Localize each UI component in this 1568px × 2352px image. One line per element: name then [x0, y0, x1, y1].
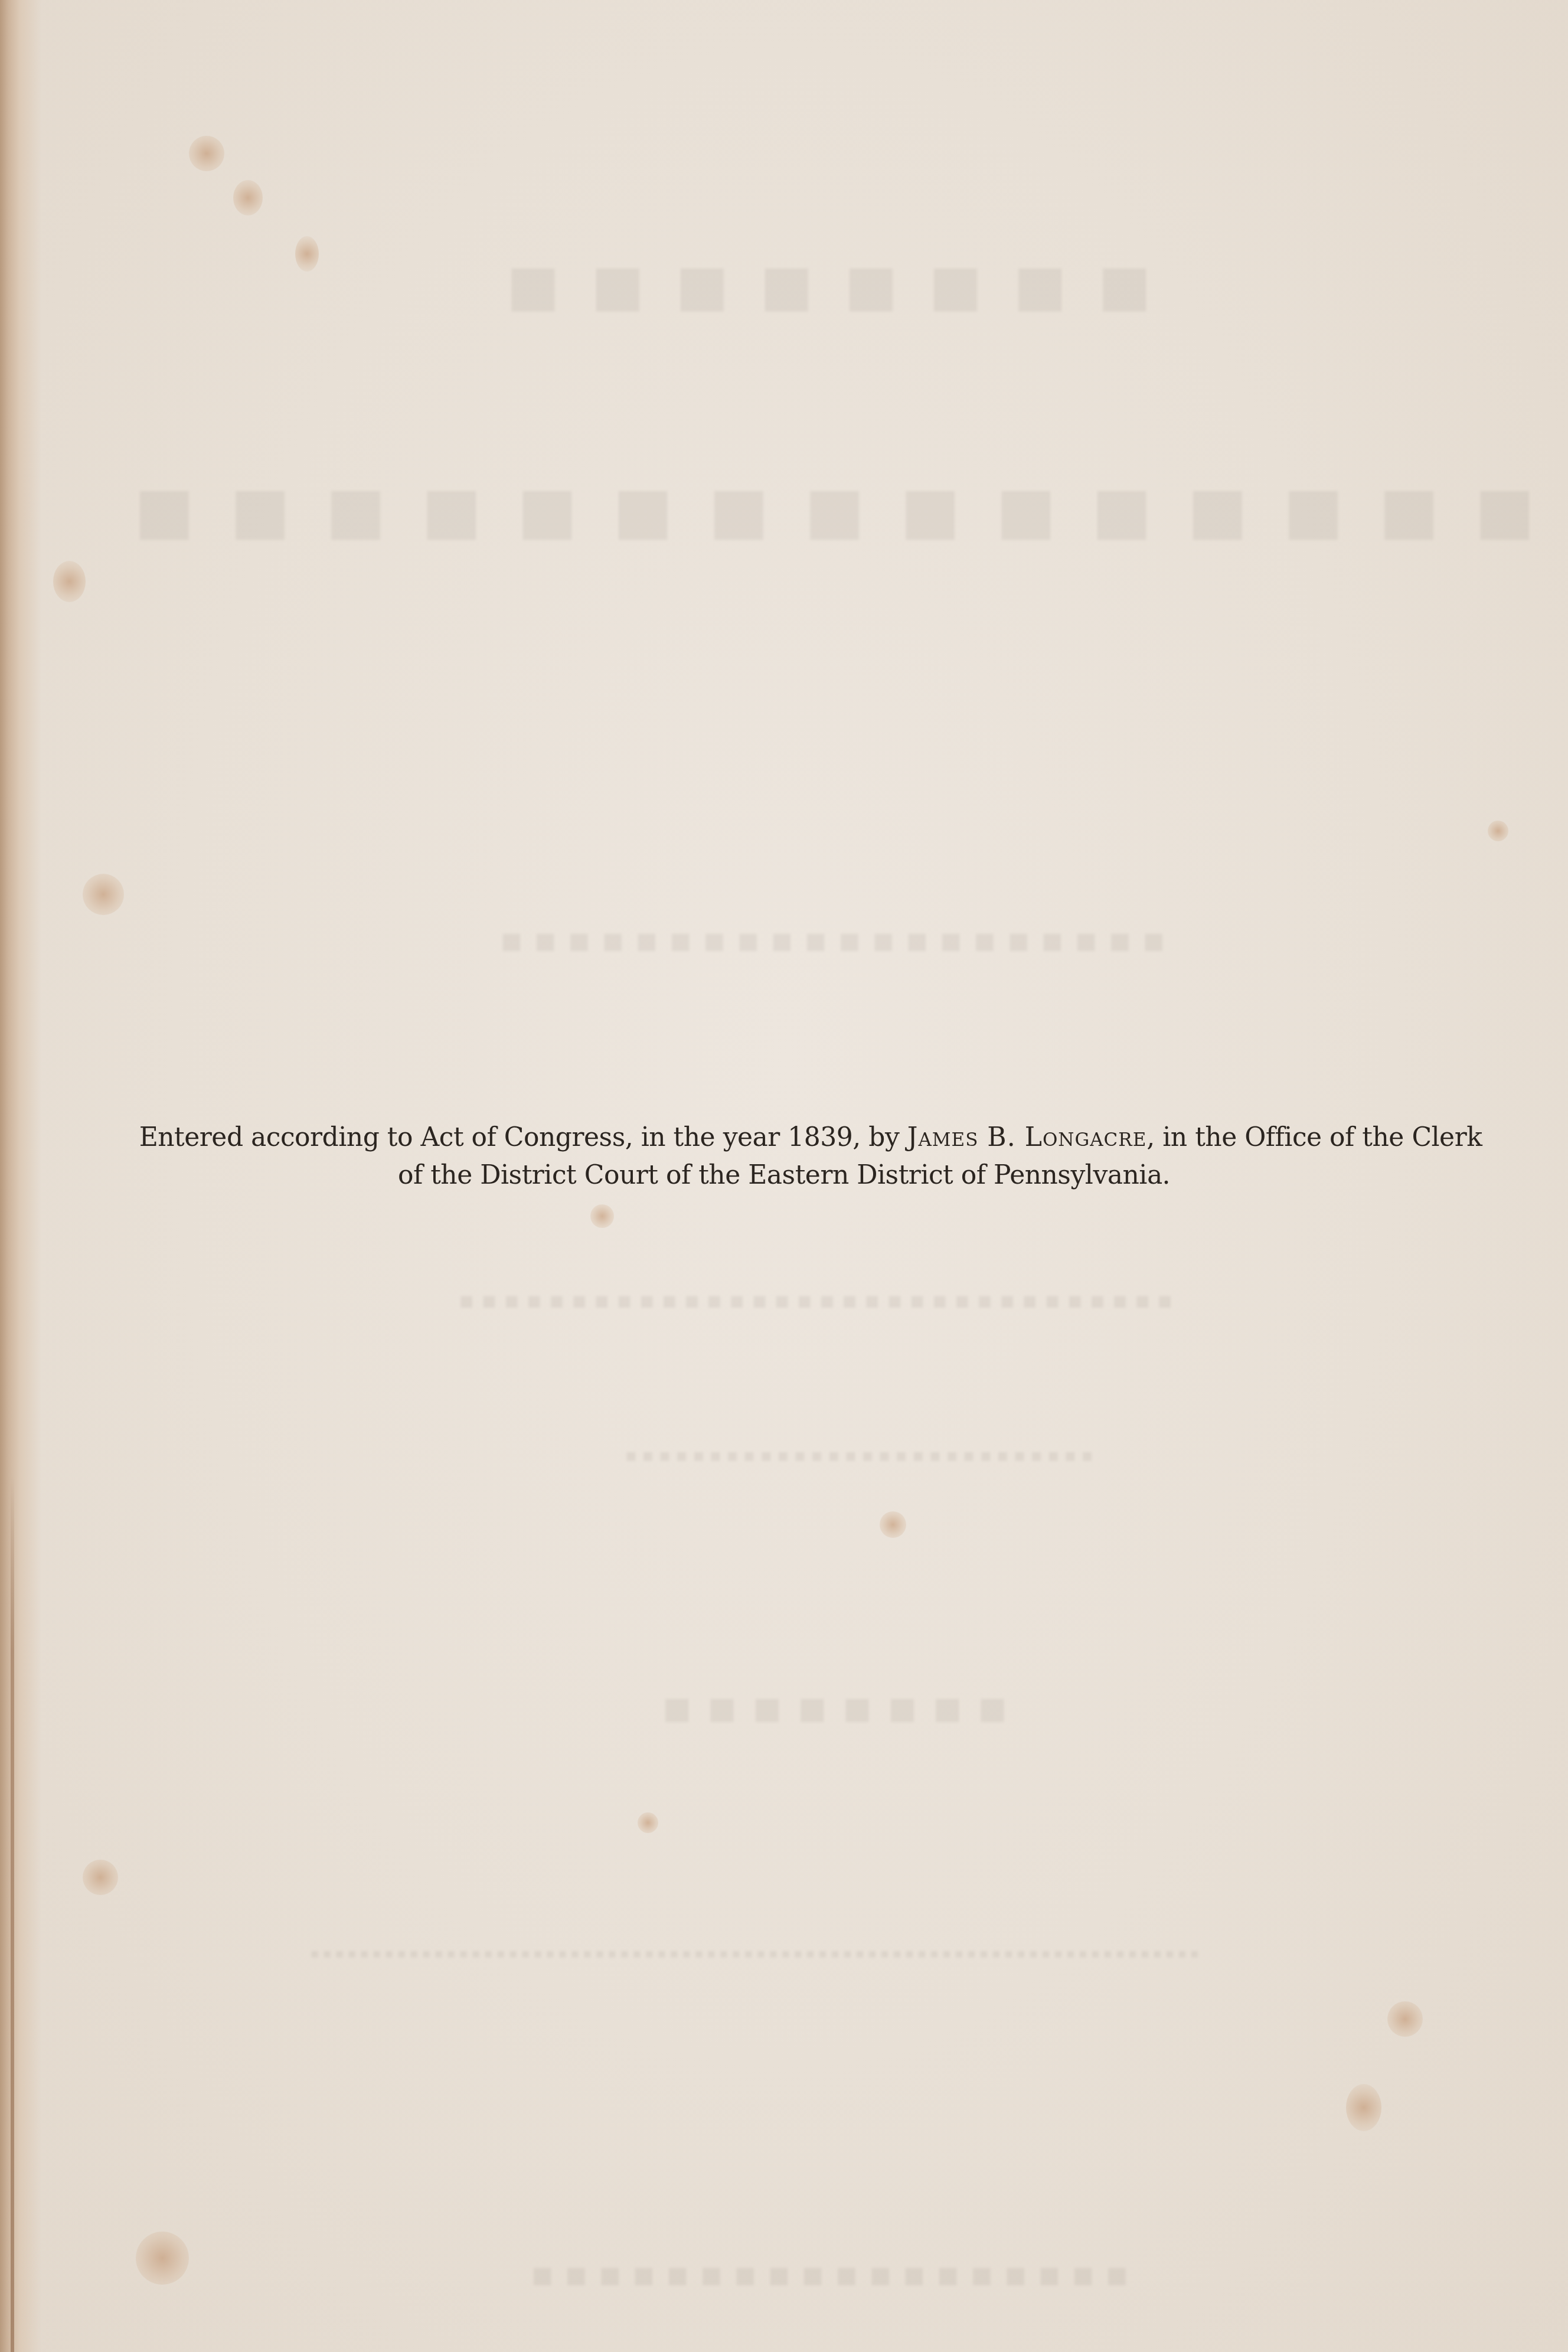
foxing-spot	[189, 136, 224, 171]
foxing-spot	[1387, 2001, 1423, 2037]
show-through-ghost-text: ■■■■■■■■■■■■■■■■■■■■■■■■■■■■■■■■	[148, 1287, 1476, 1315]
foxing-spot	[53, 561, 86, 602]
foxing-spot	[590, 1204, 614, 1228]
foxing-spot	[295, 236, 319, 272]
show-through-ghost-text: ■■■■■■■■■■■■■■■■■■	[307, 2255, 1340, 2296]
show-through-ghost-text: ■■■■■■■■	[620, 1683, 1033, 1736]
foxing-spot	[880, 1511, 906, 1538]
show-through-ghost-text: ■■■■■■■■	[502, 236, 1151, 338]
foxing-spot	[83, 1860, 118, 1895]
foxing-spot	[1488, 821, 1508, 841]
copyright-notice-line-2: of the District Court of the Eastern Dis…	[0, 1157, 1568, 1194]
show-through-ghost-text: ■■■■■■■■■■■■■■■■■■■■	[384, 921, 1269, 962]
book-page: ■■■■■■■■ ■■■■■■■■■■■■■■■ ■■■■■■■■■■■■■■■…	[0, 0, 1568, 2352]
copyright-holder-name: James B. Longacre	[907, 1122, 1147, 1152]
foxing-spot	[83, 874, 124, 915]
foxing-spot	[233, 180, 263, 215]
copyright-notice-line-1: Entered according to Act of Congress, in…	[0, 1119, 1568, 1157]
show-through-ghost-text: ■■■■■■■■■■■■■■■■■■■■■■■■■■■■■■■■■■■■■■■■…	[460, 1942, 1198, 1966]
foxing-spot	[136, 2232, 189, 2285]
show-through-ghost-text: ■■■■■■■■■■■■■■■	[118, 455, 1535, 570]
notice-prefix: Entered according to Act of Congress, in…	[139, 1122, 900, 1152]
notice-suffix: , in the Office of the Clerk	[1146, 1122, 1482, 1152]
copyright-notice: Entered according to Act of Congress, in…	[0, 1119, 1568, 1194]
foxing-spot	[1346, 2084, 1381, 2131]
show-through-ghost-text: ■■■■■■■■■■■■■■■■■■■■■■■■■■■■	[413, 1446, 1299, 1466]
binding-edge-shadow	[11, 1476, 14, 2352]
foxing-spot	[638, 1812, 658, 1833]
